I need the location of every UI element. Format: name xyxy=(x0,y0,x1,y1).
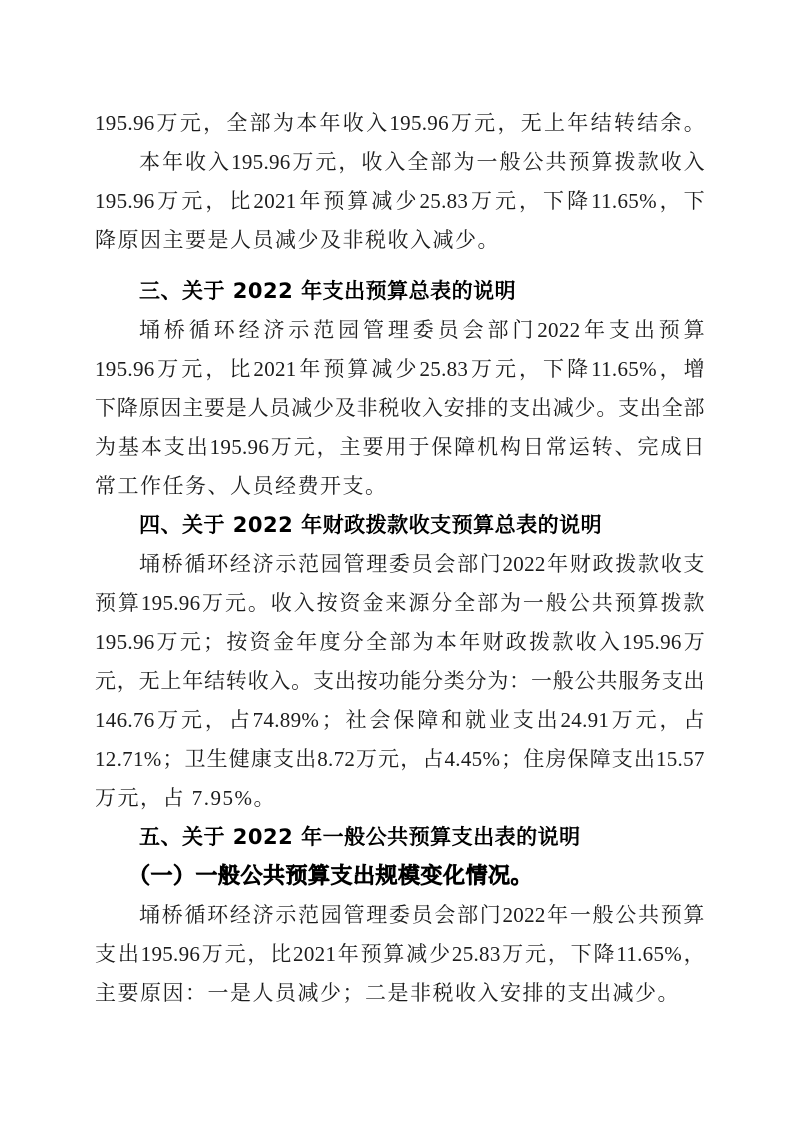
text-token: 安 xyxy=(444,389,465,428)
text-token: 主 xyxy=(340,428,361,467)
text-token: 算 xyxy=(684,311,705,350)
text-token: 出 xyxy=(118,935,139,974)
text-token: 2021 xyxy=(293,935,336,974)
text-token: 年 xyxy=(547,545,568,584)
text-token: 减 xyxy=(371,182,392,221)
text-token: 占 xyxy=(683,701,704,740)
text-token: 万 xyxy=(451,104,472,143)
text-token: ， xyxy=(548,935,569,974)
text-line: 预算195.96万元。收入按资金来源分全部为一般公共预算拨款 xyxy=(95,584,705,623)
text-token: 保 xyxy=(431,428,452,467)
text-token: 195.96 xyxy=(210,428,270,467)
text-token: 入 xyxy=(366,104,387,143)
text-line: 195.96万元；按资金年度分全部为本年财政拨款收入195.96万 xyxy=(95,623,705,662)
text-token: 园 xyxy=(321,896,342,935)
text-token: 结 xyxy=(637,104,658,143)
text-token: 一 xyxy=(476,143,497,182)
text-token: 11.65% xyxy=(616,935,682,974)
text-token: ， xyxy=(247,935,268,974)
text-token: 算 xyxy=(347,182,368,221)
text-token: 公 xyxy=(569,584,590,623)
text-token: 转 xyxy=(614,104,635,143)
text-token: 万 xyxy=(157,623,178,662)
text-token: 埇 xyxy=(139,545,160,584)
text-token: 入 xyxy=(294,584,315,623)
text-token: 万 xyxy=(271,428,292,467)
text-token: 构 xyxy=(500,428,521,467)
text-token: 的 xyxy=(487,389,508,428)
text-token: 年 xyxy=(547,896,568,935)
text-token: 支 xyxy=(164,428,185,467)
text-line: 主要原因：一是人员减少；二是非税收入安排的支出减少。 xyxy=(95,974,705,1013)
text-token: 于 xyxy=(408,428,429,467)
text-token: 资 xyxy=(250,623,271,662)
text-token: 政 xyxy=(593,545,614,584)
text-token: 财 xyxy=(482,623,503,662)
text-token: 拨 xyxy=(529,623,550,662)
text-token: 元 xyxy=(378,740,399,779)
text-token: ， xyxy=(203,104,224,143)
text-token: 为 xyxy=(500,584,521,623)
text-token: 门 xyxy=(480,896,501,935)
paragraph: 埇桥循环经济示范园管理委员会部门2022年财政拨款收支预算195.96万元。收入… xyxy=(95,545,705,818)
paragraph: 本年收入195.96万元，收入全部为一般公共预算拨款收入195.96万元，比20… xyxy=(95,143,705,260)
section-heading: 五、关于 2022 年一般公共预算支出表的说明 xyxy=(95,818,705,857)
text-token: 预 xyxy=(323,182,344,221)
text-line: 埇桥循环经济示范园管理委员会部门2022年一般公共预算 xyxy=(95,896,705,935)
text-token: 分 xyxy=(431,584,452,623)
text-token: 预 xyxy=(615,584,636,623)
text-token: 度 xyxy=(320,623,341,662)
text-token: 按 xyxy=(357,662,378,701)
text-token: 年 xyxy=(296,623,317,662)
text-token: 原 xyxy=(139,389,160,428)
text-token: 收 xyxy=(271,584,292,623)
text-token: 款 xyxy=(683,584,704,623)
text-token: 元 xyxy=(315,143,336,182)
text-token: 出 xyxy=(684,662,705,701)
text-token: 195.96 xyxy=(389,104,449,143)
text-token: 卫 xyxy=(184,740,205,779)
text-line: 万元，占 7.95%。 xyxy=(95,779,705,818)
text-token: 委 xyxy=(413,311,434,350)
text-token: 上 xyxy=(544,104,565,143)
text-token: 按 xyxy=(317,584,338,623)
text-token: 税 xyxy=(378,389,399,428)
text-token: 埇 xyxy=(139,896,160,935)
text-token: 减 xyxy=(553,389,574,428)
text-token: 支 xyxy=(509,389,530,428)
text-token: 万 xyxy=(292,143,313,182)
text-token: 预 xyxy=(323,350,344,389)
text-token: 收 xyxy=(400,389,421,428)
text-token: 入 xyxy=(422,389,443,428)
text-token: 出 xyxy=(531,389,552,428)
text-token: 预 xyxy=(661,896,682,935)
text-line: 195.96万元，全部为本年收入195.96万元，无上年结转结余。 xyxy=(95,104,705,143)
text-line: 埇桥循环经济示范园管理委员会部门2022年财政拨款收支 xyxy=(95,545,705,584)
text-token: 出 xyxy=(187,428,208,467)
text-token: 2022 xyxy=(503,896,546,935)
text-token: 元 xyxy=(181,701,202,740)
text-token: 款 xyxy=(638,143,659,182)
text-token: 和 xyxy=(441,701,462,740)
text-token: 经 xyxy=(230,545,251,584)
text-token: 共 xyxy=(638,896,659,935)
text-token: 入 xyxy=(384,143,405,182)
text-token: 算 xyxy=(592,143,613,182)
text-token: 元 xyxy=(636,701,657,740)
text-token: 委 xyxy=(389,896,410,935)
text-token: 万 xyxy=(202,935,223,974)
text-token: 万 xyxy=(471,350,492,389)
text-token: 循 xyxy=(184,545,205,584)
text-token: 是 xyxy=(226,389,247,428)
text-token: 万 xyxy=(502,935,523,974)
text-token: 降 xyxy=(593,935,614,974)
text-token: 195.96 xyxy=(231,143,291,182)
text-token: 年 xyxy=(567,104,588,143)
text-token: 分 xyxy=(343,623,364,662)
text-token: 保 xyxy=(393,701,414,740)
text-token: 算 xyxy=(347,350,368,389)
text-token: 支 xyxy=(612,740,633,779)
text-token: 要 xyxy=(204,389,225,428)
text-token: 款 xyxy=(552,623,573,662)
text-token: 务 xyxy=(640,662,661,701)
text-token: 。 xyxy=(248,584,269,623)
text-token: 年 xyxy=(162,143,183,182)
text-token: 万 xyxy=(157,104,178,143)
text-token: 支 xyxy=(618,389,639,428)
text-token: 全 xyxy=(226,104,247,143)
text-token: 万 xyxy=(157,701,178,740)
text-token: 元 xyxy=(474,104,495,143)
text-token: 出 xyxy=(537,701,558,740)
text-token: 服 xyxy=(618,662,639,701)
text-line: 146.76万元，占74.89%；社会保障和就业支出24.91万元，占 xyxy=(95,701,705,740)
text-token: 为 xyxy=(487,662,508,701)
text-token: 万 xyxy=(356,740,377,779)
text-token: 元 xyxy=(181,350,202,389)
text-token: 基 xyxy=(118,428,139,467)
section-heading: 三、关于 2022 年支出预算总表的说明 xyxy=(95,272,705,311)
text-token: ， xyxy=(519,182,540,221)
text-token: 会 xyxy=(463,311,484,350)
text-token: 桥 xyxy=(162,896,183,935)
text-token: 用 xyxy=(385,428,406,467)
text-token: 因 xyxy=(160,389,181,428)
text-token: 济 xyxy=(253,896,274,935)
text-token: 11.65% xyxy=(591,350,657,389)
text-token: 人 xyxy=(248,389,269,428)
text-token: 为 xyxy=(413,623,434,662)
document-page: 195.96万元，全部为本年收入195.96万元，无上年结转结余。本年收入195… xyxy=(0,0,793,1122)
text-token: 万 xyxy=(202,584,223,623)
text-token: 出 xyxy=(335,662,356,701)
text-token: 增 xyxy=(684,350,705,389)
text-token: ； xyxy=(162,740,183,779)
text-line: 12.71%；卫生健康支出8.72万元，占4.45%；住房保障支出15.57 xyxy=(95,740,705,779)
text-token: 理 xyxy=(366,545,387,584)
text-token: 195.96 xyxy=(622,623,682,662)
text-token: 金 xyxy=(273,623,294,662)
text-token: ； xyxy=(322,701,343,740)
text-token: 降 xyxy=(567,182,588,221)
text-token: 桥 xyxy=(162,545,183,584)
text-token: 功 xyxy=(378,662,399,701)
text-token: 园 xyxy=(338,311,359,350)
text-token: 范 xyxy=(313,311,334,350)
text-token: 成 xyxy=(660,428,681,467)
text-token: 万 xyxy=(157,350,178,389)
text-token: 一 xyxy=(531,662,552,701)
text-token: 拨 xyxy=(660,584,681,623)
text-token: 管 xyxy=(343,545,364,584)
text-token: 25.83 xyxy=(419,182,468,221)
text-token: 常 xyxy=(546,428,567,467)
text-token: 类 xyxy=(444,662,465,701)
text-token: 4.45% xyxy=(445,740,501,779)
text-token: 出 xyxy=(295,740,316,779)
text-token: 年 xyxy=(338,935,359,974)
text-token: 占 xyxy=(229,701,250,740)
text-token: 。 xyxy=(291,662,312,701)
text-token: 支 xyxy=(662,662,683,701)
text-token: 少 xyxy=(575,389,596,428)
text-token: 能 xyxy=(400,662,421,701)
text-token: 支 xyxy=(95,935,116,974)
text-token: 部 xyxy=(487,311,508,350)
text-token: 示 xyxy=(275,896,296,935)
text-token: 占 xyxy=(422,740,443,779)
text-token: 共 xyxy=(592,584,613,623)
text-token: 少 xyxy=(395,182,416,221)
text-token: 下 xyxy=(543,350,564,389)
text-token: 员 xyxy=(412,545,433,584)
text-token: 元 xyxy=(95,662,116,701)
text-token: 年 xyxy=(299,182,320,221)
text-token: 理 xyxy=(388,311,409,350)
text-token: 济 xyxy=(263,311,284,350)
text-token: 少 xyxy=(395,350,416,389)
text-token: 般 xyxy=(546,584,567,623)
text-token: ， xyxy=(205,350,226,389)
text-token: 收 xyxy=(661,545,682,584)
text-token: ， xyxy=(660,350,681,389)
text-token: 2022 xyxy=(503,545,546,584)
text-token: 环 xyxy=(207,896,228,935)
text-token: 25.83 xyxy=(452,935,501,974)
text-token: 循 xyxy=(184,896,205,935)
text-token: 会 xyxy=(434,896,455,935)
text-token: 济 xyxy=(253,545,274,584)
text-token: 全 xyxy=(454,584,475,623)
text-token: 般 xyxy=(499,143,520,182)
text-line: 为基本支出195.96万元，主要用于保障机构日常运转、完成日 xyxy=(95,428,705,467)
text-token: 转 xyxy=(592,428,613,467)
text-token: 万 xyxy=(471,182,492,221)
text-token: 15.57 xyxy=(656,740,705,779)
text-token: 支 xyxy=(273,740,294,779)
text-token: ， xyxy=(684,935,705,974)
text-token: 及 xyxy=(335,389,356,428)
text-token: 机 xyxy=(477,428,498,467)
text-token: 健 xyxy=(229,740,250,779)
text-token: ， xyxy=(338,143,359,182)
text-token: 保 xyxy=(567,740,588,779)
text-token: 共 xyxy=(546,143,567,182)
text-token: 来 xyxy=(385,584,406,623)
paragraph: 埇桥循环经济示范园管理委员会部门2022年支出预算195.96万元，比2021年… xyxy=(95,311,705,506)
text-token: 经 xyxy=(239,311,260,350)
text-line: 支出195.96万元，比2021年预算减少25.83万元，下降11.65%， xyxy=(95,935,705,974)
text-token: 部 xyxy=(430,143,451,182)
text-token: 算 xyxy=(383,935,404,974)
text-token: 部 xyxy=(457,545,478,584)
text-token: 部 xyxy=(477,584,498,623)
text-token: 2022 xyxy=(537,311,580,350)
text-token: 少 xyxy=(313,389,334,428)
paragraph: 195.96万元，全部为本年收入195.96万元，无上年结转结余。 xyxy=(95,104,705,143)
text-token: 管 xyxy=(363,311,384,350)
text-token: 公 xyxy=(522,143,543,182)
text-token: 员 xyxy=(412,896,433,935)
text-token: 降 xyxy=(117,389,138,428)
text-token: 分 xyxy=(422,662,443,701)
text-token: 房 xyxy=(545,740,566,779)
text-token: 万 xyxy=(612,701,633,740)
text-token: 195.96 xyxy=(141,935,201,974)
text-token: 分 xyxy=(466,662,487,701)
text-token: 12.71% xyxy=(95,740,162,779)
text-token: 障 xyxy=(417,701,438,740)
text-line: 元，无上年结转收入。支出按功能分类分为：一般公共服务支出 xyxy=(95,662,705,701)
text-token: ， xyxy=(660,701,681,740)
text-token: ， xyxy=(205,701,226,740)
text-token: 出 xyxy=(634,311,655,350)
text-token: 非 xyxy=(357,389,378,428)
text-token: 一 xyxy=(523,584,544,623)
text-token: 余 xyxy=(660,104,681,143)
text-token: 元 xyxy=(525,935,546,974)
text-token: 24.91 xyxy=(560,701,609,740)
text-token: 元 xyxy=(180,623,201,662)
text-token: 理 xyxy=(366,896,387,935)
text-token: 全 xyxy=(662,389,683,428)
text-token: 预 xyxy=(361,935,382,974)
text-token: 运 xyxy=(569,428,590,467)
text-line: 195.96万元，比2021年预算减少25.83万元，下降11.65%，下 xyxy=(95,182,705,221)
sub-heading: （一）一般公共预算支出规模变化情况。 xyxy=(95,857,705,896)
text-token: 完 xyxy=(638,428,659,467)
text-token: 般 xyxy=(553,662,574,701)
text-token: 排 xyxy=(466,389,487,428)
text-token: 埇 xyxy=(139,311,160,350)
text-token: 部 xyxy=(250,104,271,143)
text-token: 2021 xyxy=(253,350,296,389)
text-line: 常工作任务、人员经费开支。 xyxy=(95,467,705,506)
text-token: 元 xyxy=(495,350,516,389)
text-token: 元 xyxy=(294,428,315,467)
section-heading: 四、关于 2022 年财政拨款收支预算总表的说明 xyxy=(95,506,705,545)
text-token: 门 xyxy=(480,545,501,584)
text-token: 日 xyxy=(523,428,544,467)
text-token: 部 xyxy=(684,389,705,428)
text-token: 按 xyxy=(226,623,247,662)
text-token: 比 xyxy=(229,350,250,389)
text-token: 195.96 xyxy=(95,182,155,221)
text-token: 经 xyxy=(230,896,251,935)
text-token: 减 xyxy=(371,350,392,389)
text-token: 日 xyxy=(683,428,704,467)
text-token: 年 xyxy=(182,662,203,701)
text-token: 资 xyxy=(340,584,361,623)
text-token: 全 xyxy=(407,143,428,182)
text-token: 生 xyxy=(207,740,228,779)
text-token: ， xyxy=(660,182,681,221)
text-token: 循 xyxy=(189,311,210,350)
text-token: 入 xyxy=(599,623,620,662)
text-token: 下 xyxy=(543,182,564,221)
text-token: 少 xyxy=(429,935,450,974)
text-token: 年 xyxy=(584,311,605,350)
text-token: 政 xyxy=(506,623,527,662)
text-token: 一 xyxy=(570,896,591,935)
text-token: 收 xyxy=(343,104,364,143)
text-token: 收 xyxy=(576,623,597,662)
text-token: ， xyxy=(400,740,421,779)
text-token: 降 xyxy=(567,350,588,389)
text-token: ， xyxy=(317,428,338,467)
text-token: 康 xyxy=(251,740,272,779)
text-token: 算 xyxy=(683,896,704,935)
text-token: 转 xyxy=(226,662,247,701)
text-token: 本 xyxy=(139,143,160,182)
text-token: 11.65% xyxy=(591,182,657,221)
text-token: 74.89% xyxy=(253,701,320,740)
text-block: 195.96万元，全部为本年收入195.96万元，无上年结转结余。本年收入195… xyxy=(95,104,705,1013)
text-token: 。 xyxy=(684,104,705,143)
text-token: 元 xyxy=(495,182,516,221)
text-token: 比 xyxy=(270,935,291,974)
text-token: 195.96 xyxy=(95,350,155,389)
text-token: 示 xyxy=(275,545,296,584)
text-token: 无 xyxy=(139,662,160,701)
text-token: 为 xyxy=(95,428,116,467)
text-token: 本 xyxy=(296,104,317,143)
text-token: 本 xyxy=(436,623,457,662)
text-token: 业 xyxy=(489,701,510,740)
text-token: 入 xyxy=(269,662,290,701)
text-token: 会 xyxy=(434,545,455,584)
text-token: 元 xyxy=(180,104,201,143)
text-token: 元 xyxy=(225,584,246,623)
text-token: 财 xyxy=(570,545,591,584)
text-token: 万 xyxy=(684,623,705,662)
text-token: 下 xyxy=(571,935,592,974)
text-token: 下 xyxy=(95,389,116,428)
text-token: ； xyxy=(501,740,522,779)
text-token: 主 xyxy=(182,389,203,428)
text-token: 要 xyxy=(362,428,383,467)
text-token: 出 xyxy=(634,740,655,779)
text-line: 埇桥循环经济示范园管理委员会部门2022年支出预算 xyxy=(95,311,705,350)
text-token: 2021 xyxy=(253,182,296,221)
text-token: 款 xyxy=(638,545,659,584)
text-token: 入 xyxy=(208,143,229,182)
text-token: 环 xyxy=(207,545,228,584)
